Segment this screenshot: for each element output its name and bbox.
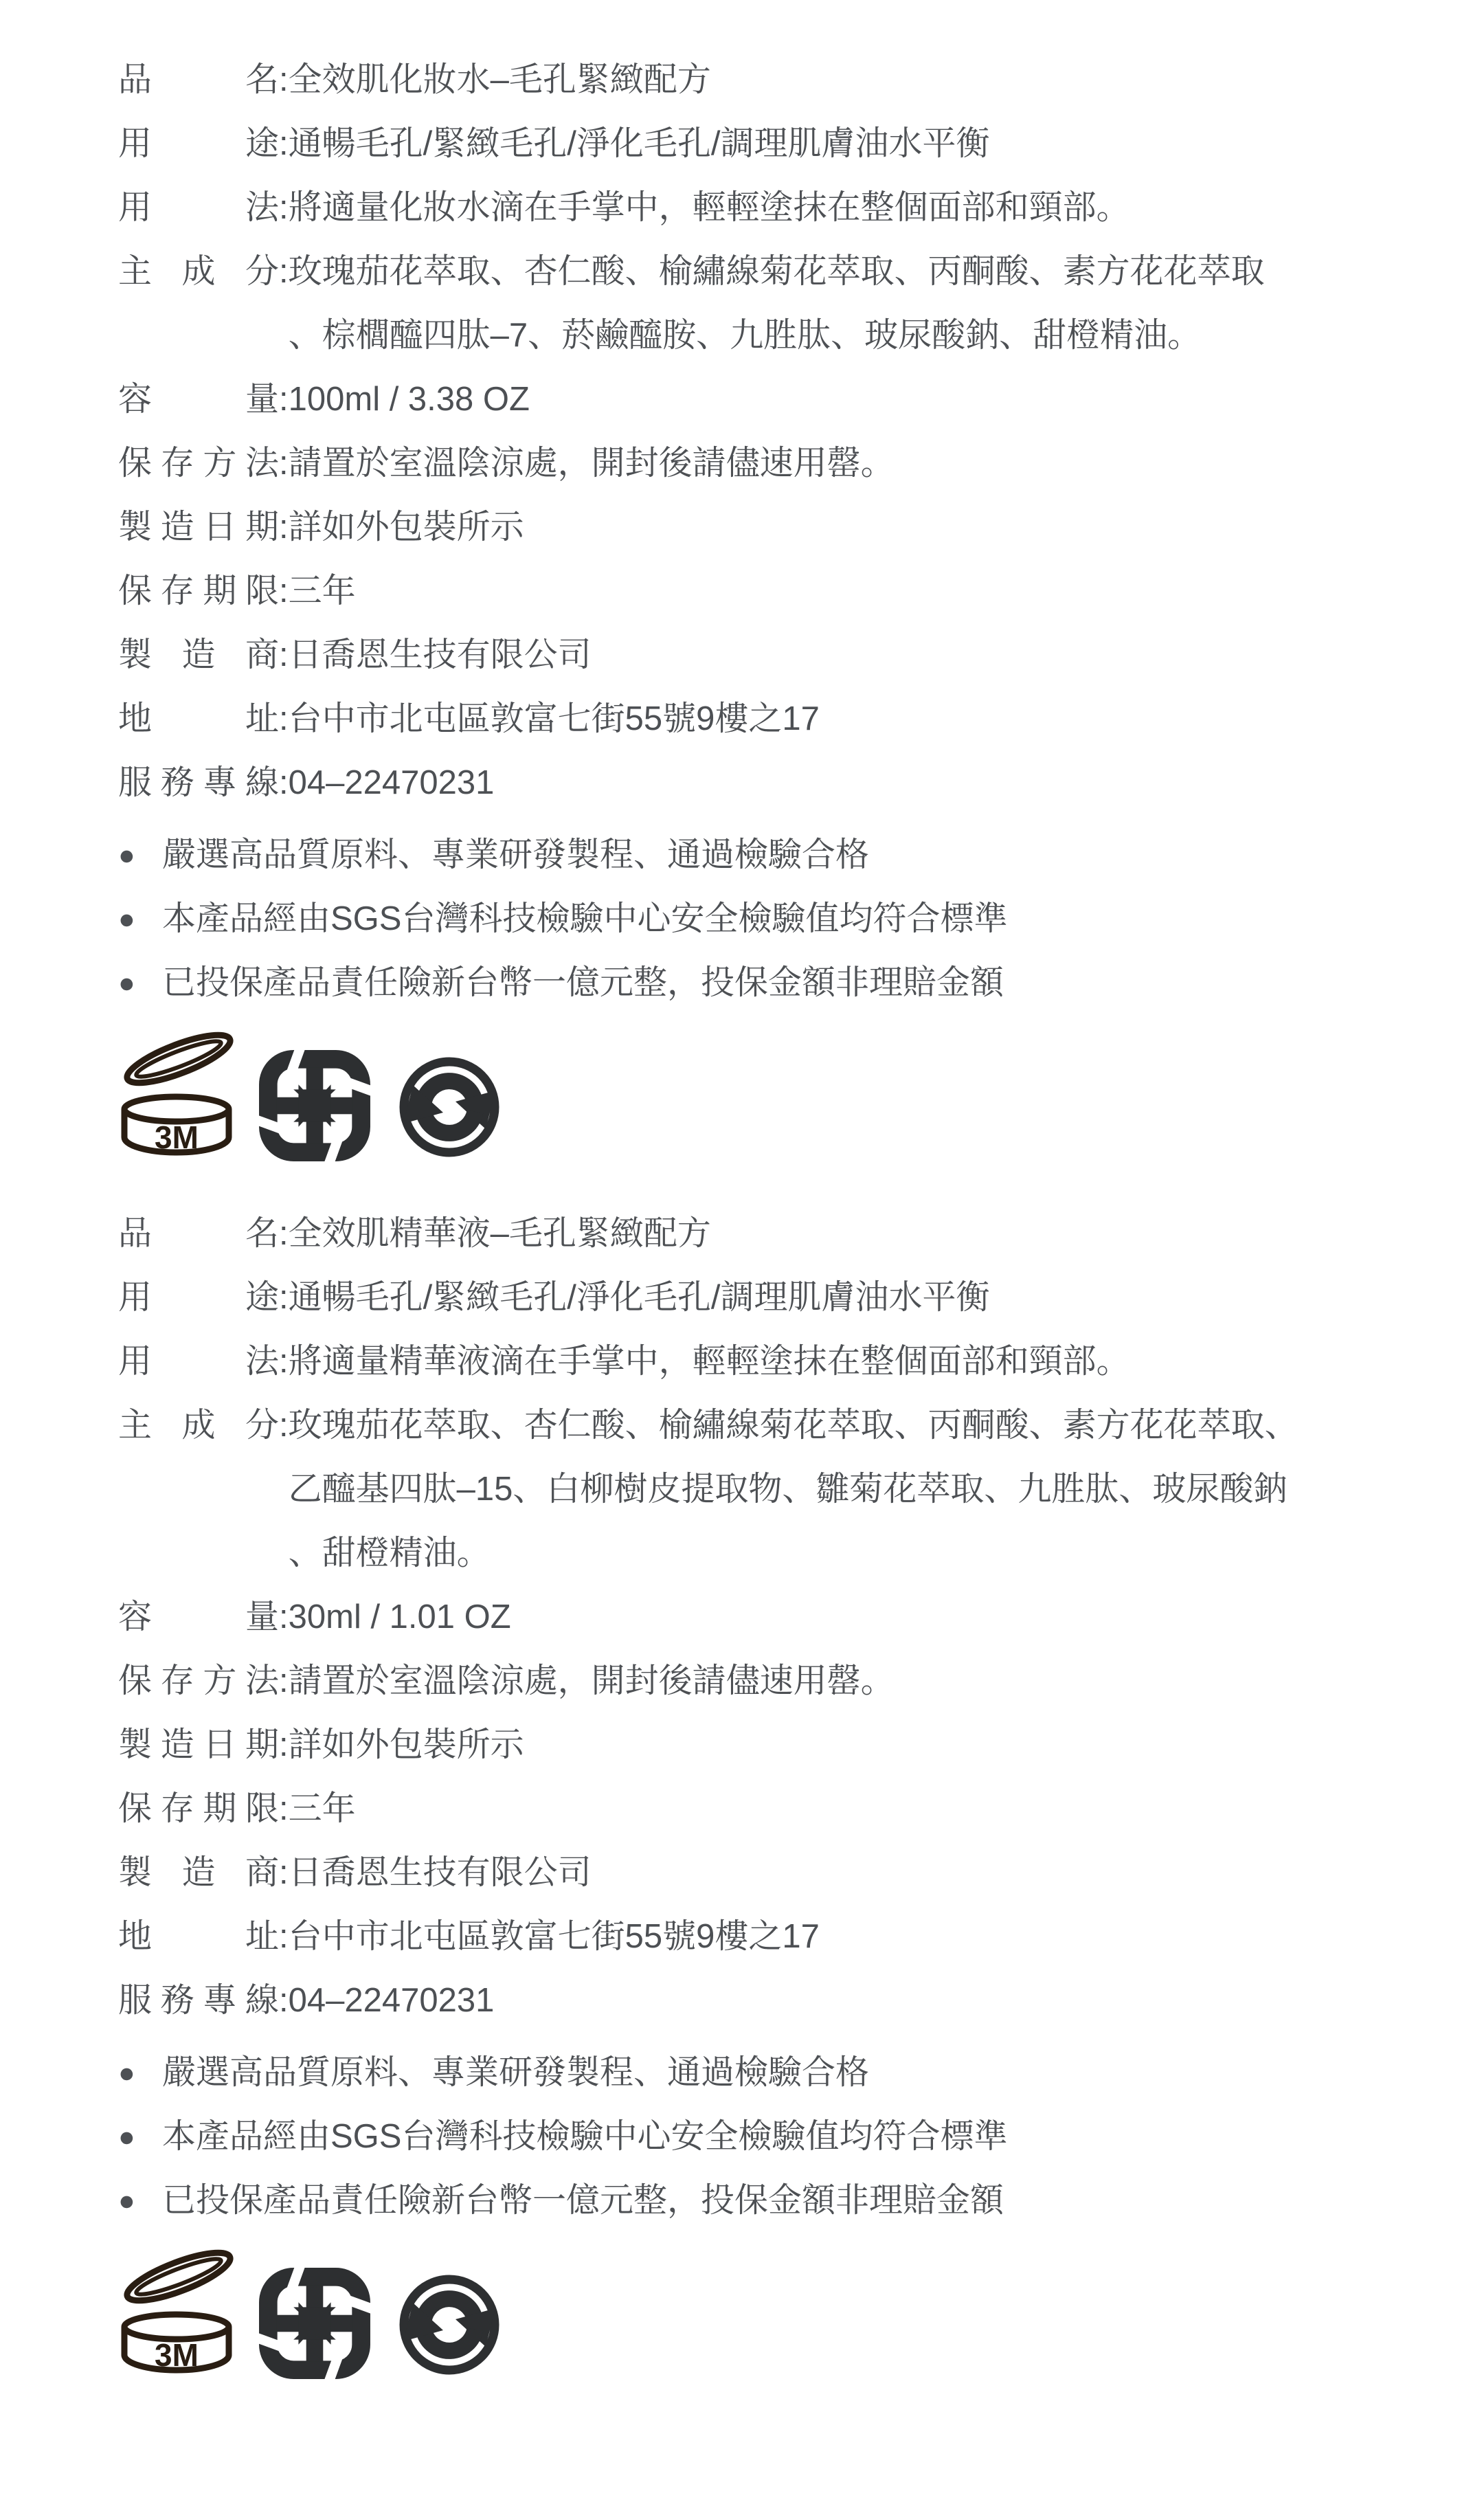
field-value: 請置於室溫陰涼處，開封後請儘速用罄。 <box>289 1649 895 1713</box>
field-colon: : <box>279 240 289 304</box>
field-value: 玫瑰茄花萃取、杏仁酸、榆繡線菊花萃取、丙酮酸、素方花花萃取、 乙醯基四肽–15、… <box>289 1394 1298 1585</box>
field-mfg-date: 製造日期 : 詳如外包裝所示 <box>118 495 1443 559</box>
bullet-text: 已投保產品責任險新台幣一億元整，投保金額非理賠金額 <box>162 2169 1004 2233</box>
field-value: 日喬恩生技有限公司 <box>289 623 592 687</box>
field-label: 用途 <box>118 112 279 176</box>
bullet-text: 嚴選高品質原料、專業研發製程、通過檢驗合格 <box>162 823 869 887</box>
field-colon: : <box>279 1394 289 1458</box>
field-value: 三年 <box>289 1777 356 1841</box>
field-address: 地址 : 台中市北屯區敦富七街55號9樓之17 <box>118 687 1443 751</box>
certification-icons-row: 3M <box>118 1026 1443 1162</box>
field-label: 容量 <box>118 368 279 432</box>
field-label: 保存期限 <box>118 1777 279 1841</box>
bullet-dot-icon: ● <box>118 951 162 1015</box>
field-label: 製造商 <box>118 1841 279 1905</box>
field-storage: 保存方法 : 請置於室溫陰涼處，開封後請儘速用罄。 <box>118 1649 1443 1713</box>
field-label: 品名 <box>118 48 279 112</box>
product-2-section: 品名 : 全效肌精華液–毛孔緊緻配方 用途 : 通暢毛孔/緊緻毛孔/淨化毛孔/調… <box>118 1202 1443 2380</box>
field-capacity: 容量 : 30ml / 1.01 OZ <box>118 1585 1443 1649</box>
field-colon: : <box>279 112 289 176</box>
green-dot-icon <box>394 2270 504 2380</box>
field-label: 品名 <box>118 1202 279 1266</box>
bullet-text: 已投保產品責任險新台幣一億元整，投保金額非理賠金額 <box>162 951 1004 1015</box>
bullet-dot-icon: ● <box>118 2041 162 2105</box>
field-shelf-life: 保存期限 : 三年 <box>118 1777 1443 1841</box>
field-colon: : <box>279 1330 289 1394</box>
green-dot-arrows <box>403 2299 495 2351</box>
field-mfg-date: 製造日期 : 詳如外包裝所示 <box>118 1713 1443 1777</box>
field-label: 服務專線 <box>118 1969 279 2033</box>
field-value: 全效肌化妝水–毛孔緊緻配方 <box>289 48 711 112</box>
field-label: 保存方法 <box>118 1649 279 1713</box>
jar-lid <box>122 2245 235 2310</box>
field-label: 地址 <box>118 1905 279 1969</box>
field-label: 主成分 <box>118 1394 279 1458</box>
quality-bullets: ● 嚴選高品質原料、專業研發製程、通過檢驗合格 ● 本產品經由SGS台灣科技檢驗… <box>118 823 1443 1015</box>
bullet-sgs: ● 本產品經由SGS台灣科技檢驗中心安全檢驗值均符合標準 <box>118 2105 1443 2169</box>
field-label: 保存期限 <box>118 559 279 623</box>
field-label: 製造日期 <box>118 1713 279 1777</box>
field-shelf-life: 保存期限 : 三年 <box>118 559 1443 623</box>
bullet-dot-icon: ● <box>118 2169 162 2233</box>
field-service-line: 服務專線 : 04–22470231 <box>118 1969 1443 2033</box>
field-label: 主成分 <box>118 240 279 304</box>
quality-bullets: ● 嚴選高品質原料、專業研發製程、通過檢驗合格 ● 本產品經由SGS台灣科技檢驗… <box>118 2041 1443 2233</box>
field-label: 製造商 <box>118 623 279 687</box>
field-colon: : <box>279 1585 289 1649</box>
field-value: 三年 <box>289 559 356 623</box>
bullet-insurance: ● 已投保產品責任險新台幣一億元整，投保金額非理賠金額 <box>118 951 1443 1015</box>
field-value: 通暢毛孔/緊緻毛孔/淨化毛孔/調理肌膚油水平衡 <box>289 1266 990 1330</box>
green-dot-icon <box>394 1052 504 1162</box>
field-colon: : <box>279 368 289 432</box>
field-value: 台中市北屯區敦富七街55號9樓之17 <box>289 687 820 751</box>
field-colon: : <box>279 1266 289 1330</box>
field-storage: 保存方法 : 請置於室溫陰涼處，開封後請儘速用罄。 <box>118 432 1443 495</box>
field-colon: : <box>279 1969 289 2033</box>
field-value: 詳如外包裝所示 <box>289 495 524 559</box>
field-colon: : <box>279 1777 289 1841</box>
field-ingredients: 主成分 : 玫瑰茄花萃取、杏仁酸、榆繡線菊花萃取、丙酮酸、素方花花萃取、 乙醯基… <box>118 1394 1443 1585</box>
field-capacity: 容量 : 100ml / 3.38 OZ <box>118 368 1443 432</box>
jar-lid <box>122 1027 235 1092</box>
label-page: 品名 : 全效肌化妝水–毛孔緊緻配方 用途 : 通暢毛孔/緊緻毛孔/淨化毛孔/調… <box>0 0 1484 2380</box>
field-value: 日喬恩生技有限公司 <box>289 1841 592 1905</box>
field-value: 玫瑰茄花萃取、杏仁酸、榆繡線菊花萃取、丙酮酸、素方花花萃取 、棕櫚醯四肽–7、菸… <box>289 240 1265 368</box>
field-colon: : <box>279 1649 289 1713</box>
field-label: 容量 <box>118 1585 279 1649</box>
bullet-text: 本產品經由SGS台灣科技檢驗中心安全檢驗值均符合標準 <box>162 887 1007 951</box>
field-colon: : <box>279 559 289 623</box>
field-label: 製造日期 <box>118 495 279 559</box>
field-value: 30ml / 1.01 OZ <box>289 1585 511 1649</box>
field-manufacturer: 製造商 : 日喬恩生技有限公司 <box>118 1841 1443 1905</box>
field-colon: : <box>279 1905 289 1969</box>
field-value: 台中市北屯區敦富七街55號9樓之17 <box>289 1905 820 1969</box>
bullet-insurance: ● 已投保產品責任險新台幣一億元整，投保金額非理賠金額 <box>118 2169 1443 2233</box>
field-value: 請置於室溫陰涼處，開封後請儘速用罄。 <box>289 432 895 495</box>
certification-icons-row: 3M <box>118 2244 1443 2380</box>
field-label: 服務專線 <box>118 751 279 815</box>
bullet-dot-icon: ● <box>118 823 162 887</box>
green-dot-arrows <box>403 1081 495 1133</box>
bullet-sgs: ● 本產品經由SGS台灣科技檢驗中心安全檢驗值均符合標準 <box>118 887 1443 951</box>
recycling-arrows <box>277 2286 353 2362</box>
field-colon: : <box>279 1713 289 1777</box>
field-label: 用法 <box>118 176 279 240</box>
field-colon: : <box>279 176 289 240</box>
field-value: 將適量化妝水滴在手掌中，輕輕塗抹在整個面部和頸部。 <box>289 176 1130 240</box>
bullet-dot-icon: ● <box>118 2105 162 2169</box>
pao-jar-icon: 3M <box>118 1027 235 1162</box>
field-product-name: 品名 : 全效肌化妝水–毛孔緊緻配方 <box>118 48 1443 112</box>
field-usage: 用途 : 通暢毛孔/緊緻毛孔/淨化毛孔/調理肌膚油水平衡 <box>118 112 1443 176</box>
bullet-dot-icon: ● <box>118 887 162 951</box>
bullet-quality: ● 嚴選高品質原料、專業研發製程、通過檢驗合格 <box>118 823 1443 887</box>
bullet-text: 嚴選高品質原料、專業研發製程、通過檢驗合格 <box>162 2041 869 2105</box>
product-1-section: 品名 : 全效肌化妝水–毛孔緊緻配方 用途 : 通暢毛孔/緊緻毛孔/淨化毛孔/調… <box>118 48 1443 1162</box>
field-value: 04–22470231 <box>289 1969 495 2033</box>
bullet-quality: ● 嚴選高品質原料、專業研發製程、通過檢驗合格 <box>118 2041 1443 2105</box>
field-colon: : <box>279 48 289 112</box>
field-directions: 用法 : 將適量精華液滴在手掌中，輕輕塗抹在整個面部和頸部。 <box>118 1330 1443 1394</box>
taiwan-recycling-icon <box>258 1049 371 1162</box>
field-value: 詳如外包裝所示 <box>289 1713 524 1777</box>
field-colon: : <box>279 495 289 559</box>
pao-period-label: 3M <box>155 1119 199 1155</box>
field-service-line: 服務專線 : 04–22470231 <box>118 751 1443 815</box>
bullet-text: 本產品經由SGS台灣科技檢驗中心安全檢驗值均符合標準 <box>162 2105 1007 2169</box>
field-label: 保存方法 <box>118 432 279 495</box>
field-colon: : <box>279 432 289 495</box>
taiwan-recycling-icon <box>258 2267 371 2380</box>
field-label: 用途 <box>118 1266 279 1330</box>
field-value: 全效肌精華液–毛孔緊緻配方 <box>289 1202 711 1266</box>
field-manufacturer: 製造商 : 日喬恩生技有限公司 <box>118 623 1443 687</box>
field-directions: 用法 : 將適量化妝水滴在手掌中，輕輕塗抹在整個面部和頸部。 <box>118 176 1443 240</box>
field-value: 100ml / 3.38 OZ <box>289 368 530 432</box>
field-ingredients: 主成分 : 玫瑰茄花萃取、杏仁酸、榆繡線菊花萃取、丙酮酸、素方花花萃取 、棕櫚醯… <box>118 240 1443 368</box>
field-colon: : <box>279 751 289 815</box>
field-label: 用法 <box>118 1330 279 1394</box>
field-product-name: 品名 : 全效肌精華液–毛孔緊緻配方 <box>118 1202 1443 1266</box>
field-colon: : <box>279 687 289 751</box>
field-value: 04–22470231 <box>289 751 495 815</box>
field-colon: : <box>279 623 289 687</box>
pao-jar-icon: 3M <box>118 2245 235 2380</box>
field-colon: : <box>279 1841 289 1905</box>
pao-period-label: 3M <box>155 2337 199 2373</box>
field-value: 將適量精華液滴在手掌中，輕輕塗抹在整個面部和頸部。 <box>289 1330 1130 1394</box>
field-value: 通暢毛孔/緊緻毛孔/淨化毛孔/調理肌膚油水平衡 <box>289 112 990 176</box>
field-label: 地址 <box>118 687 279 751</box>
field-usage: 用途 : 通暢毛孔/緊緻毛孔/淨化毛孔/調理肌膚油水平衡 <box>118 1266 1443 1330</box>
field-address: 地址 : 台中市北屯區敦富七街55號9樓之17 <box>118 1905 1443 1969</box>
field-colon: : <box>279 1202 289 1266</box>
recycling-arrows <box>277 1068 353 1144</box>
